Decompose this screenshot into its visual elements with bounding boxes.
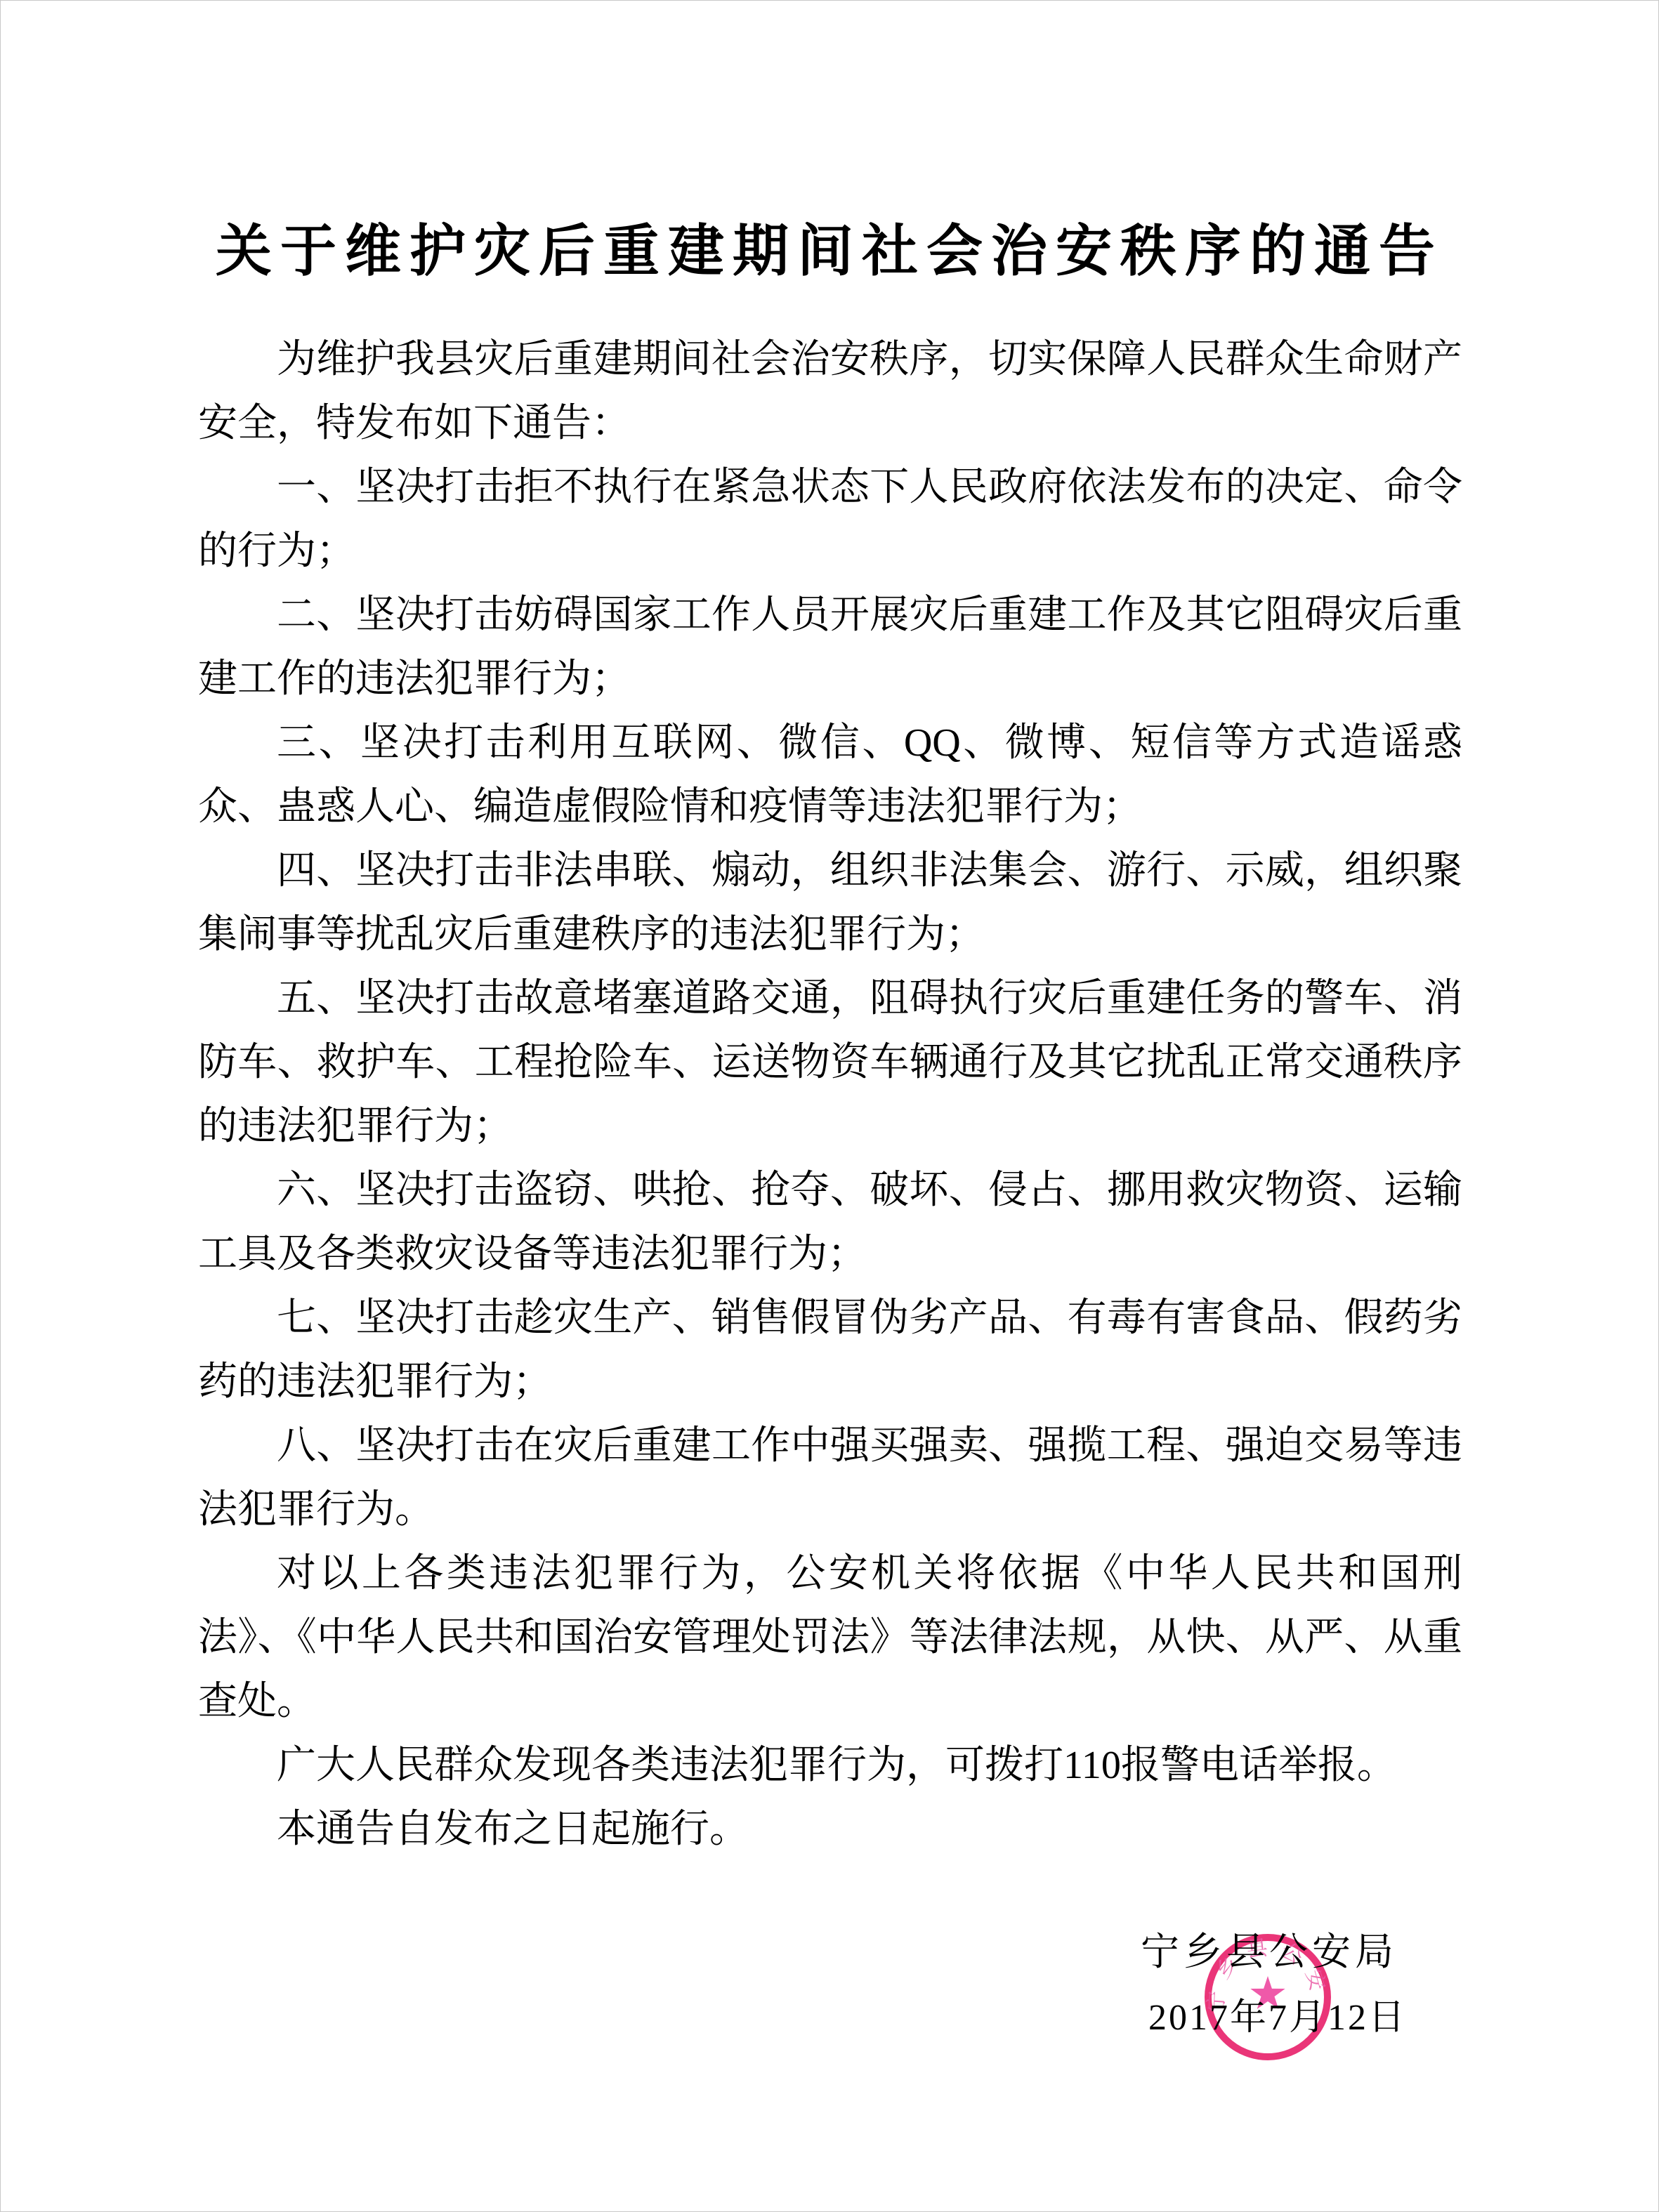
body-paragraph: 对以上各类违法犯罪行为，公安机关将依据《中华人民共和国刑法》、《中华人民共和国治… [198,1542,1462,1734]
body-paragraph: 五、坚决打击故意堵塞道路交通，阻碍执行灾后重建任务的警车、消防车、救护车、工程抢… [198,967,1462,1159]
body-paragraph: 四、坚决打击非法串联、煽动，组织非法集会、游行、示威，组织聚集闹事等扰乱灾后重建… [198,839,1462,967]
body-paragraph: 为维护我县灾后重建期间社会治安秩序，切实保障人民群众生命财产安全，特发布如下通告… [198,328,1462,456]
body-paragraph: 六、坚决打击盗窃、哄抢、抢夺、破坏、侵占、挪用救灾物资、运输工具及各类救灾设备等… [198,1159,1462,1286]
notice-page: 关于维护灾后重建期间社会治安秩序的通告 为维护我县灾后重建期间社会治安秩序，切实… [0,0,1659,2212]
notice-body: 为维护我县灾后重建期间社会治安秩序，切实保障人民群众生命财产安全，特发布如下通告… [198,328,1462,1862]
signature-date: 2017年7月12日 [1141,1985,1462,2051]
signature-block: 宁乡县公安局 2017年7月12日 [1141,1919,1462,2051]
page-title: 关于维护灾后重建期间社会治安秩序的通告 [1,206,1658,287]
body-paragraph: 本通告自发布之日起施行。 [198,1798,1462,1862]
body-paragraph: 二、坚决打击妨碍国家工作人员开展灾后重建工作及其它阻碍灾后重建工作的违法犯罪行为… [198,584,1462,711]
body-paragraph: 广大人民群众发现各类违法犯罪行为，可拨打110报警电话举报。 [198,1734,1462,1798]
body-paragraph: 三、坚决打击利用互联网、微信、QQ、微博、短信等方式造谣惑众、蛊惑人心、编造虚假… [198,711,1462,839]
body-paragraph: 八、坚决打击在灾后重建工作中强买强卖、强揽工程、强迫交易等违法犯罪行为。 [198,1414,1462,1542]
signature-agency: 宁乡县公安局 [1141,1919,1462,1985]
body-paragraph: 一、坚决打击拒不执行在紧急状态下人民政府依法发布的决定、命令的行为； [198,456,1462,584]
body-paragraph: 七、坚决打击趁灾生产、销售假冒伪劣产品、有毒有害食品、假药劣药的违法犯罪行为； [198,1286,1462,1414]
